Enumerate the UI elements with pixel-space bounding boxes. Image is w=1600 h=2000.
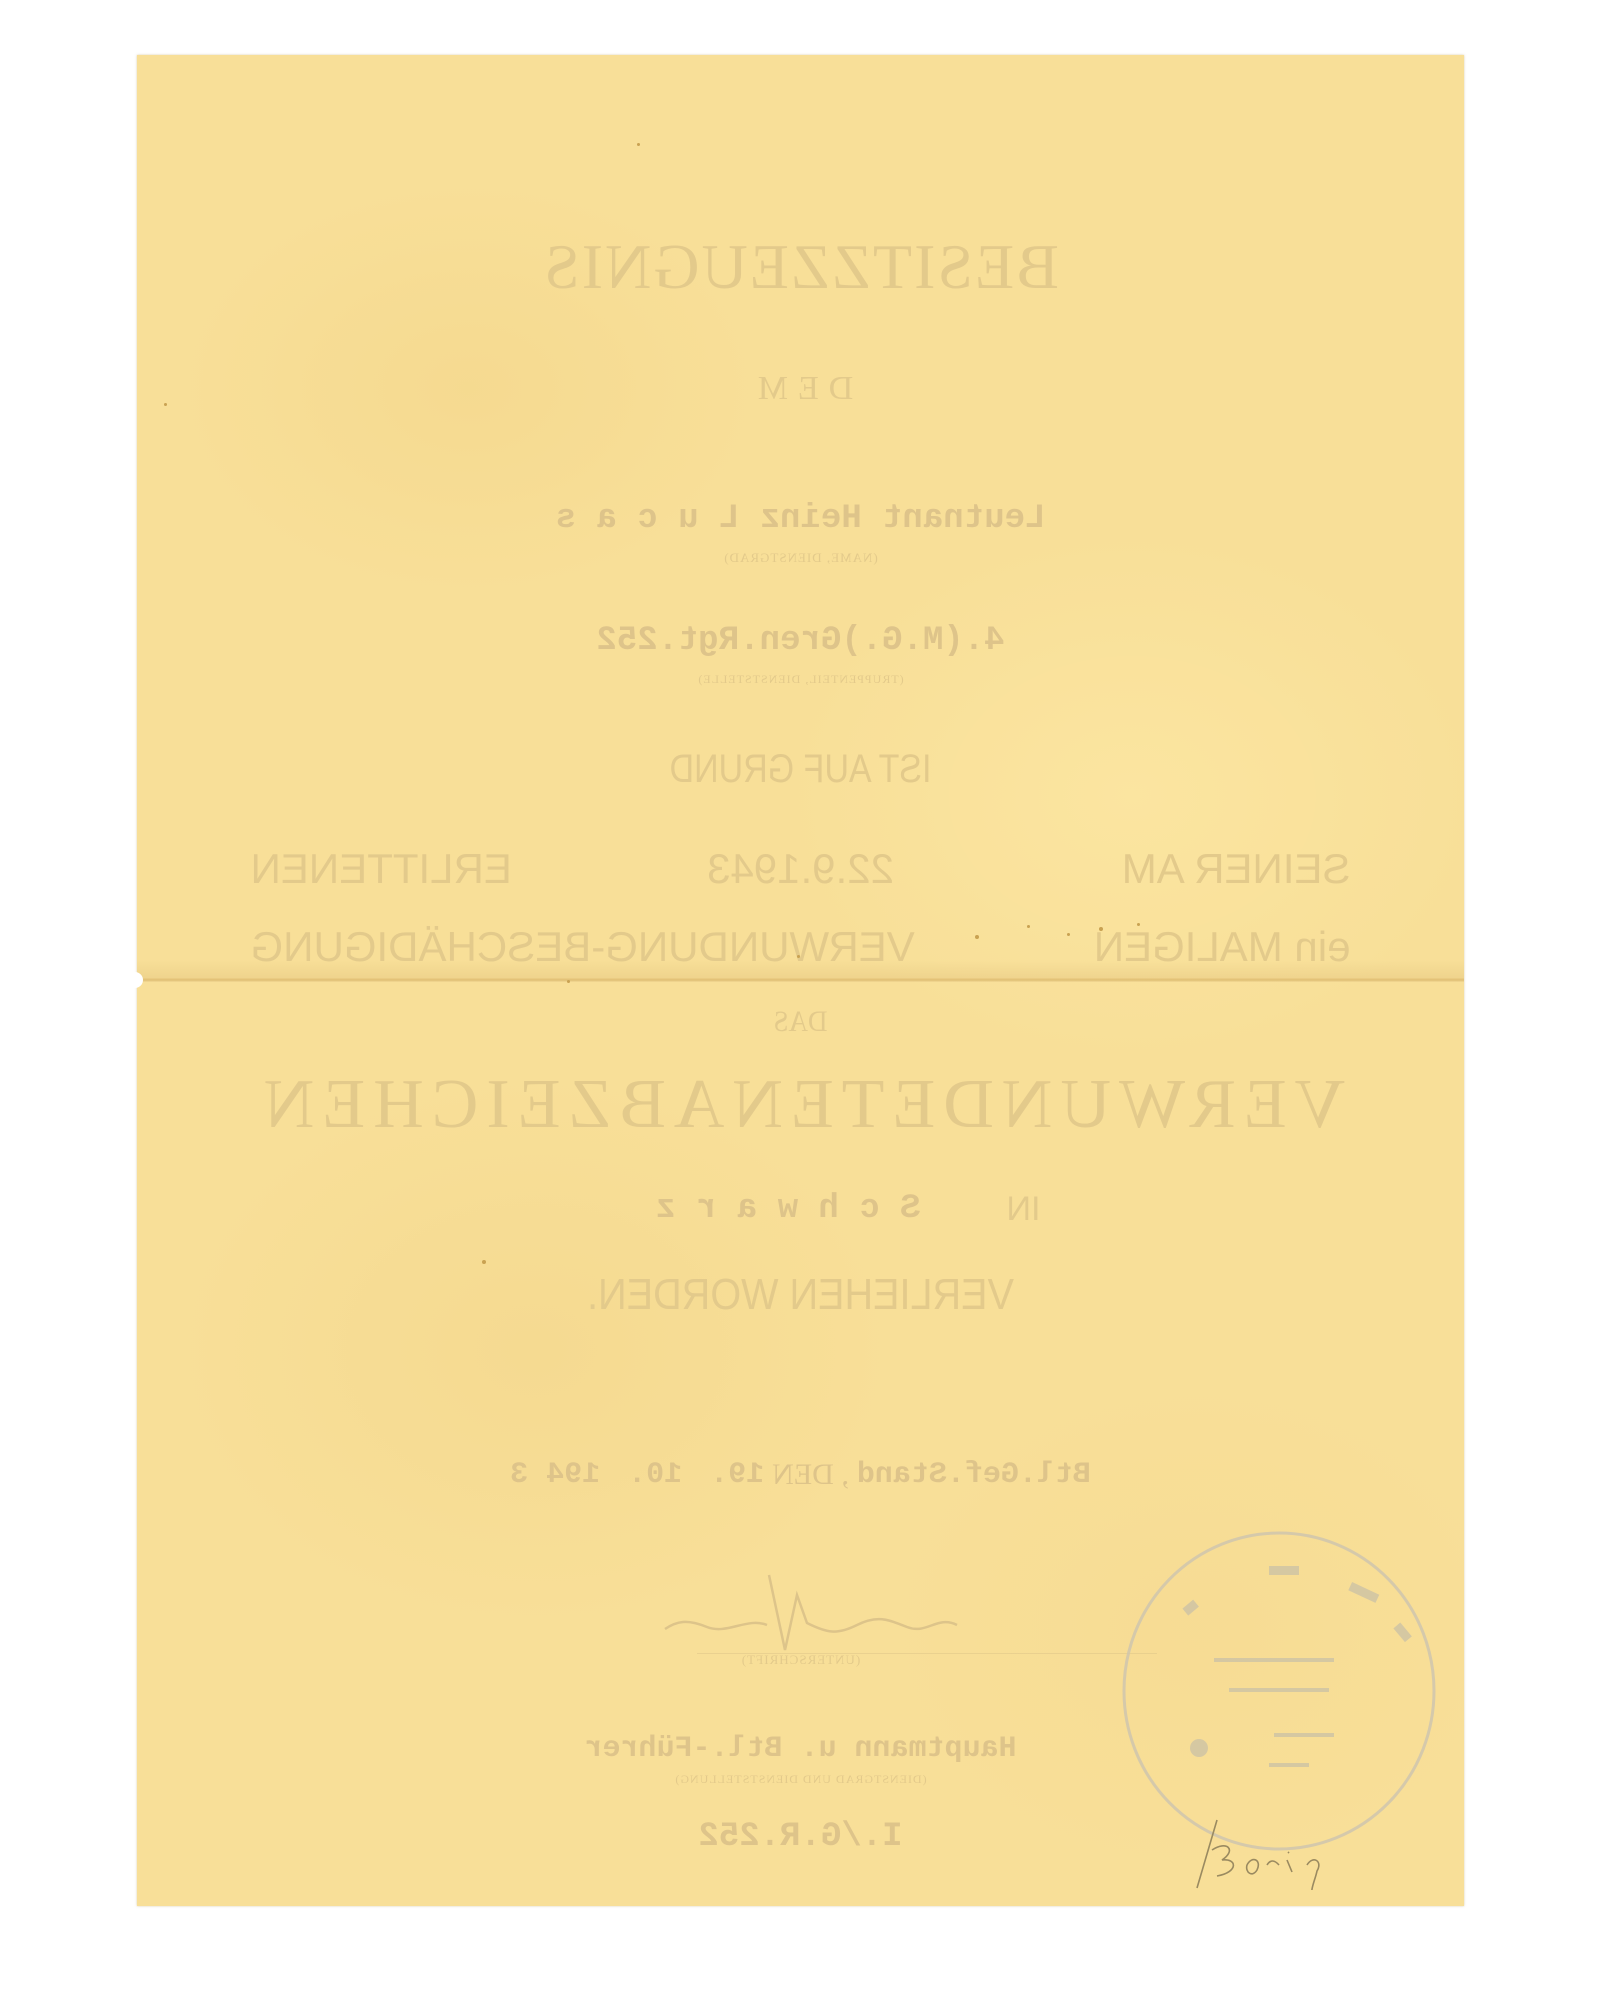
erlittenen-label: ERLITTENEN bbox=[251, 845, 631, 893]
pencil-signature bbox=[1167, 1810, 1387, 1890]
den-label: , DEN bbox=[772, 1458, 849, 1492]
date-month: 10. bbox=[628, 1458, 682, 1492]
award-name: VERWUNDETENABZEICHEN bbox=[137, 1065, 1464, 1145]
award-grade: S c h w a r z bbox=[561, 1190, 921, 1229]
document-title: BESITZZEUGNIS bbox=[137, 230, 1464, 304]
wound-count: ein MALIGEN bbox=[971, 923, 1351, 971]
certificate-paper: BESITZZEUGNIS DEM Leutnant Heinz L u c a… bbox=[137, 55, 1464, 1906]
seiner-am-label: SEINER AM bbox=[971, 845, 1351, 893]
signature-bleed bbox=[657, 1555, 977, 1665]
in-label: IN bbox=[921, 1190, 1041, 1229]
place-date-row: Btl.Gef.Stand , DEN 19. 10. 194 3 bbox=[137, 1458, 1464, 1492]
fold-crease bbox=[137, 978, 1464, 982]
recipient-unit: 4.(M.G.)Gren.Rgt.252 bbox=[137, 622, 1464, 660]
recipient-caption: (NAME, DIENSTGRAD) bbox=[137, 550, 1464, 566]
date-day: 19. bbox=[710, 1458, 764, 1492]
award-grade-row: IN S c h w a r z bbox=[137, 1190, 1464, 1229]
verliehen-label: VERLIEHEN WORDEN. bbox=[203, 1270, 1397, 1320]
fold-notch bbox=[131, 972, 143, 988]
official-stamp-bleed bbox=[1119, 1528, 1439, 1853]
wound-type: VERWUNDUNG-BESCHÄDIGUNG bbox=[251, 923, 971, 971]
recipient-name: Leutnant Heinz L u c a s bbox=[137, 500, 1464, 538]
das-label: DAS bbox=[203, 1005, 1397, 1039]
place: Btl.Gef.Stand bbox=[857, 1458, 1091, 1492]
wound-type-row: ein MALIGEN VERWUNDUNG-BESCHÄDIGUNG bbox=[137, 923, 1464, 971]
wound-date: 22.9.1943 bbox=[631, 845, 971, 893]
wound-date-row: SEINER AM 22.9.1943 ERLITTENEN bbox=[137, 845, 1464, 893]
ist-auf-grund: IST AUF GRUND bbox=[237, 747, 1365, 792]
unit-caption: (TRUPPENTEIL, DIENSTSTELLE) bbox=[137, 672, 1464, 687]
date-year: 194 3 bbox=[510, 1458, 600, 1492]
dem-label: DEM bbox=[137, 370, 1464, 408]
